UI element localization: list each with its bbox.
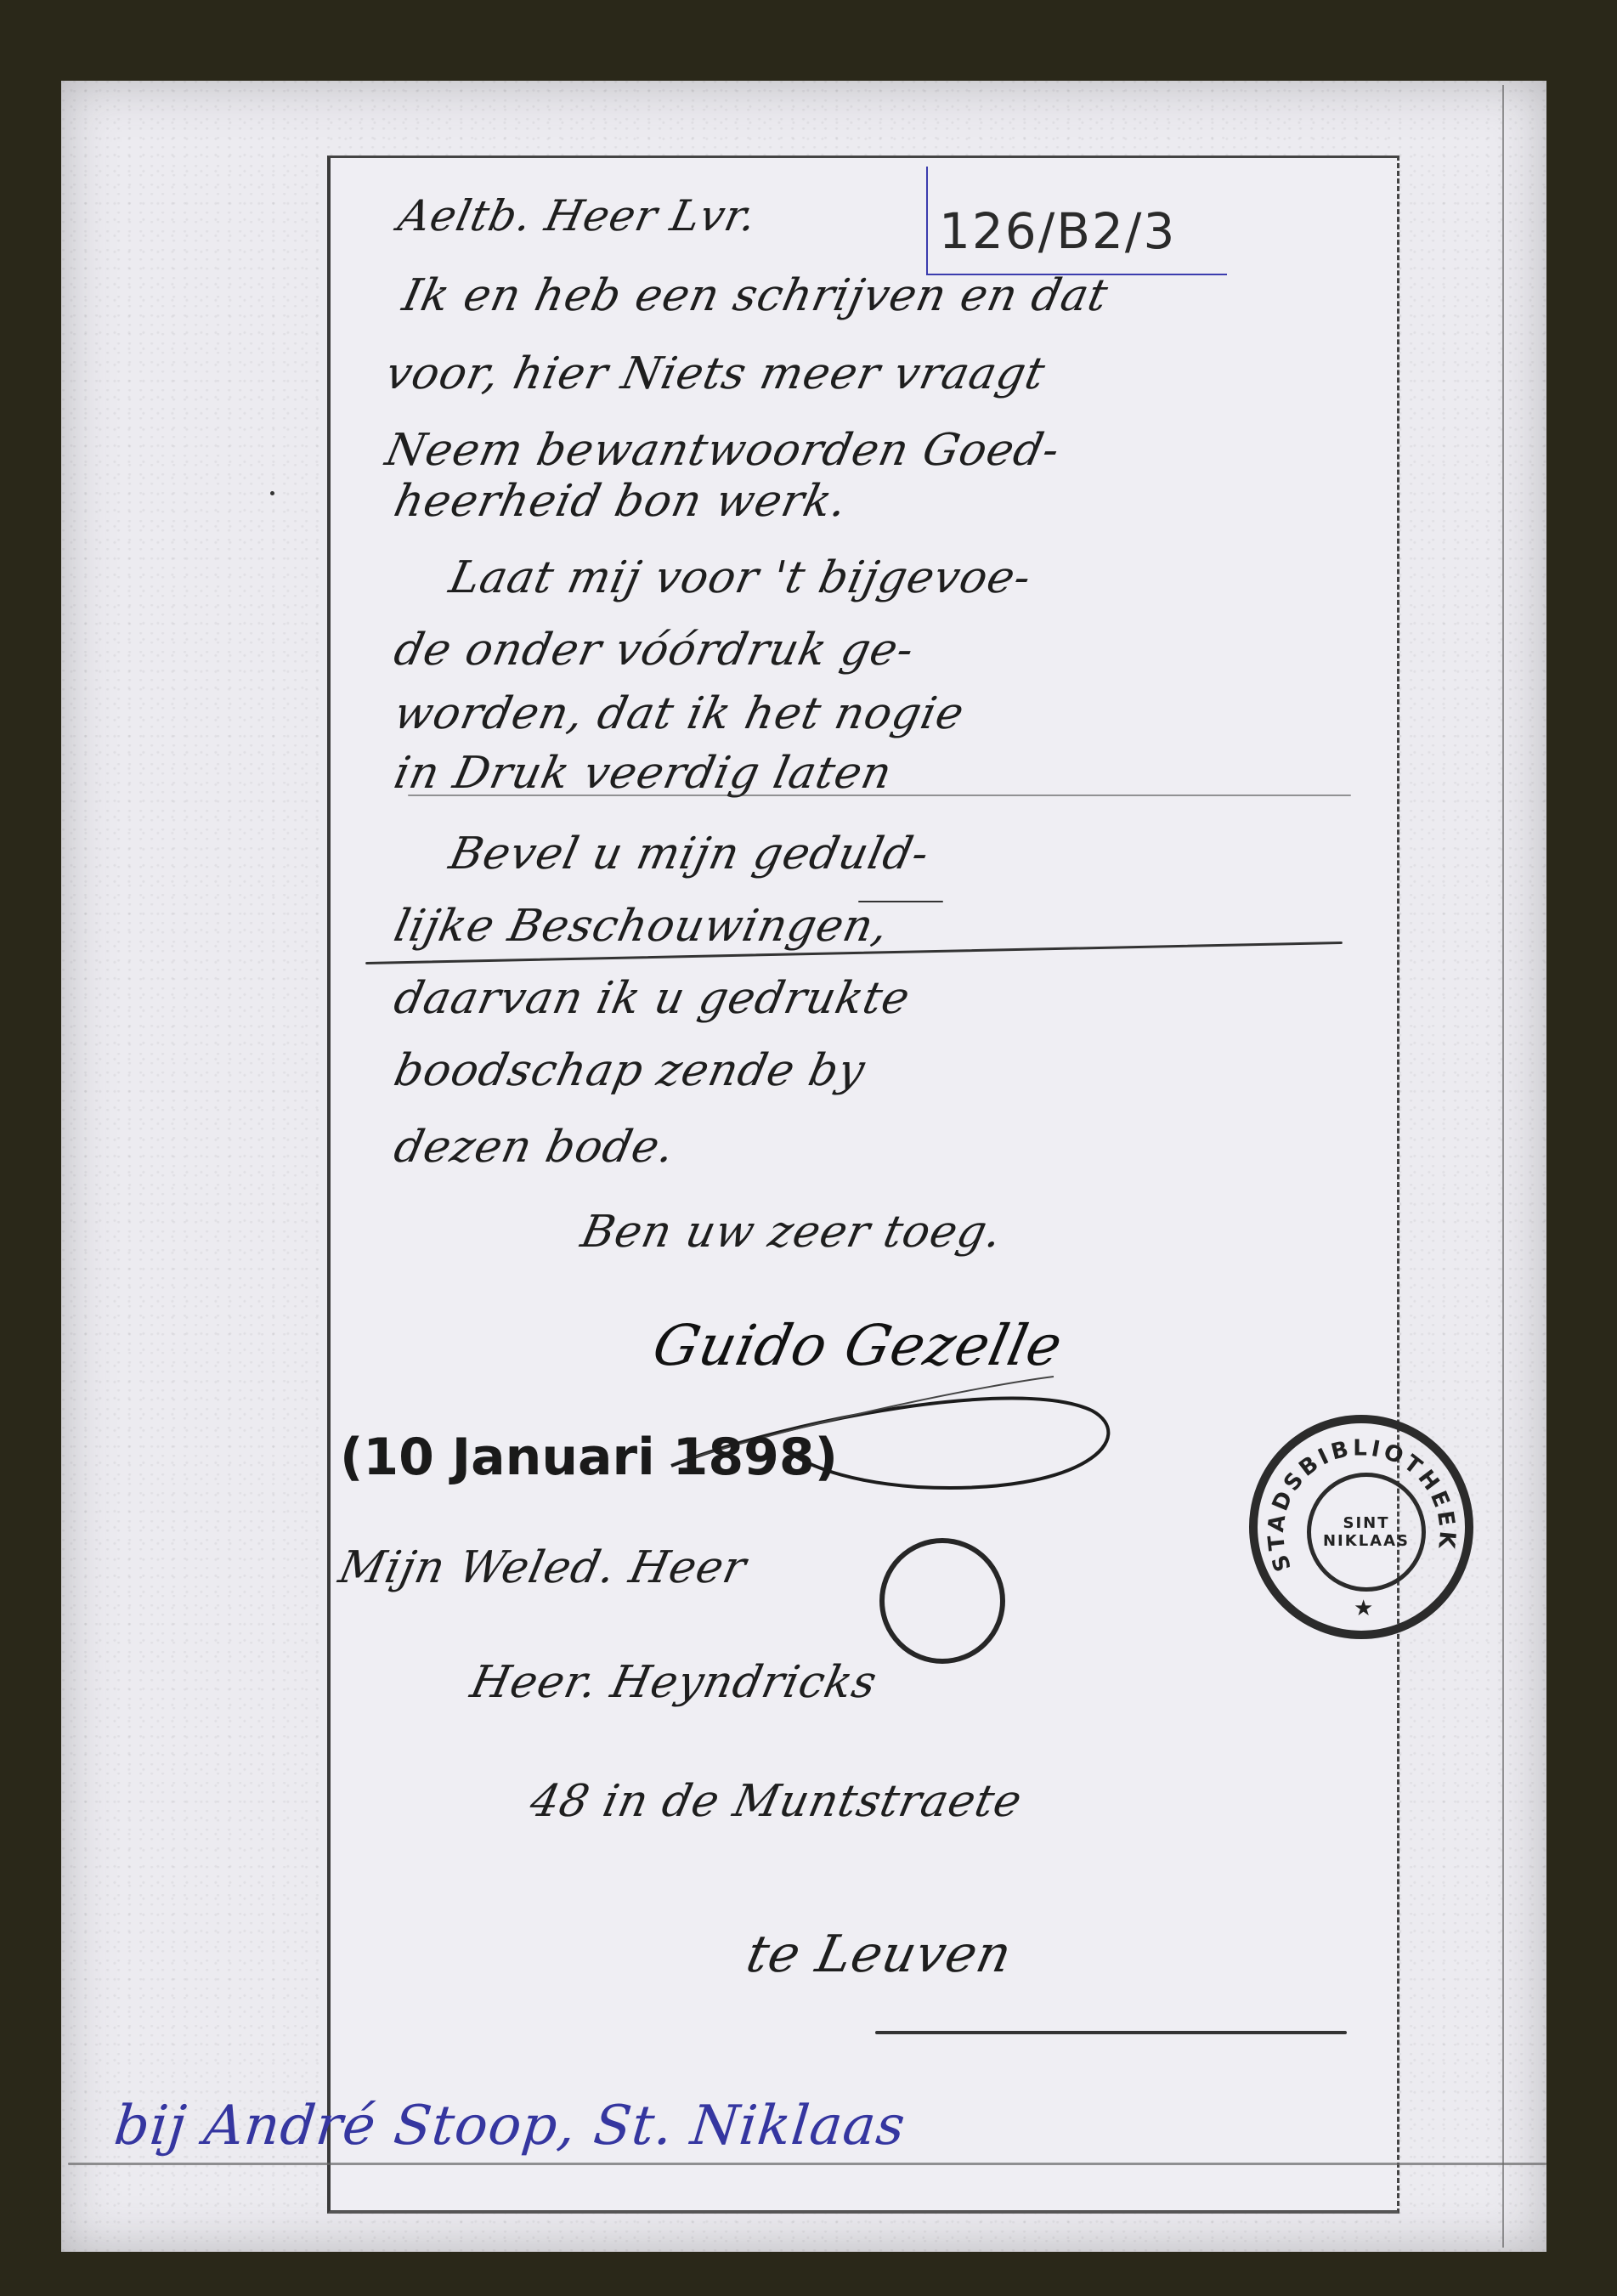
stamp-center: SINT NIKLAAS [1307, 1473, 1426, 1592]
body-line: voor, hier Niets meer vraagt [382, 348, 1050, 399]
date-annotation: (10 Januari 1898) [340, 1428, 838, 1487]
sheet-edge-rule [1502, 85, 1504, 2248]
underline [875, 2031, 1347, 2034]
letter-heading: Aeltb. Heer Lvr. [394, 191, 761, 240]
rule-line [408, 795, 1351, 796]
stamp-line-1: SINT [1343, 1514, 1389, 1532]
address-line: Heer. Heyndricks [466, 1657, 882, 1708]
body-line: in Druk veerdig laten [390, 748, 897, 799]
star-icon: ★ [1354, 1596, 1373, 1621]
fold-line [68, 2163, 1546, 2165]
provenance-note: bij André Stoop, St. Niklaas [111, 2095, 908, 2157]
address-line: Mijn Weled. Heer [335, 1542, 751, 1593]
body-line: Neem bewantwoorden Goed- [382, 425, 1065, 476]
library-stamp: STADSBIBLIOTHEEK ★ SINT NIKLAAS [1249, 1415, 1473, 1639]
address-line: 48 in de Muntstraete [526, 1776, 1027, 1827]
body-line: heerheid bon werk. [390, 476, 852, 527]
body-line: lijke Beschouwingen, [390, 901, 894, 952]
stray-mark [270, 491, 274, 495]
body-line: de onder vóórdruk ge- [390, 625, 919, 676]
closing-line: Ben uw zeer toeg. [577, 1207, 1007, 1258]
body-line: Laat mij voor 't bijgevoe- [445, 552, 1037, 603]
body-line: Bevel u mijn geduld- [445, 828, 934, 879]
stamp-line-2: NIKLAAS [1323, 1532, 1410, 1550]
body-line: worden, dat ik het nogie [390, 688, 970, 739]
seal-stamp [879, 1538, 1005, 1664]
body-line: dezen bode. [390, 1122, 680, 1173]
body-line: boodschap zende by [390, 1045, 870, 1096]
address-line: te Leuven [742, 1925, 1018, 1984]
archive-reference: 126/B2/3 [939, 202, 1176, 260]
body-line: daarvan ik u gedrukte [390, 973, 915, 1024]
body-line: Ik en heb een schrijven en dat [399, 270, 1113, 321]
